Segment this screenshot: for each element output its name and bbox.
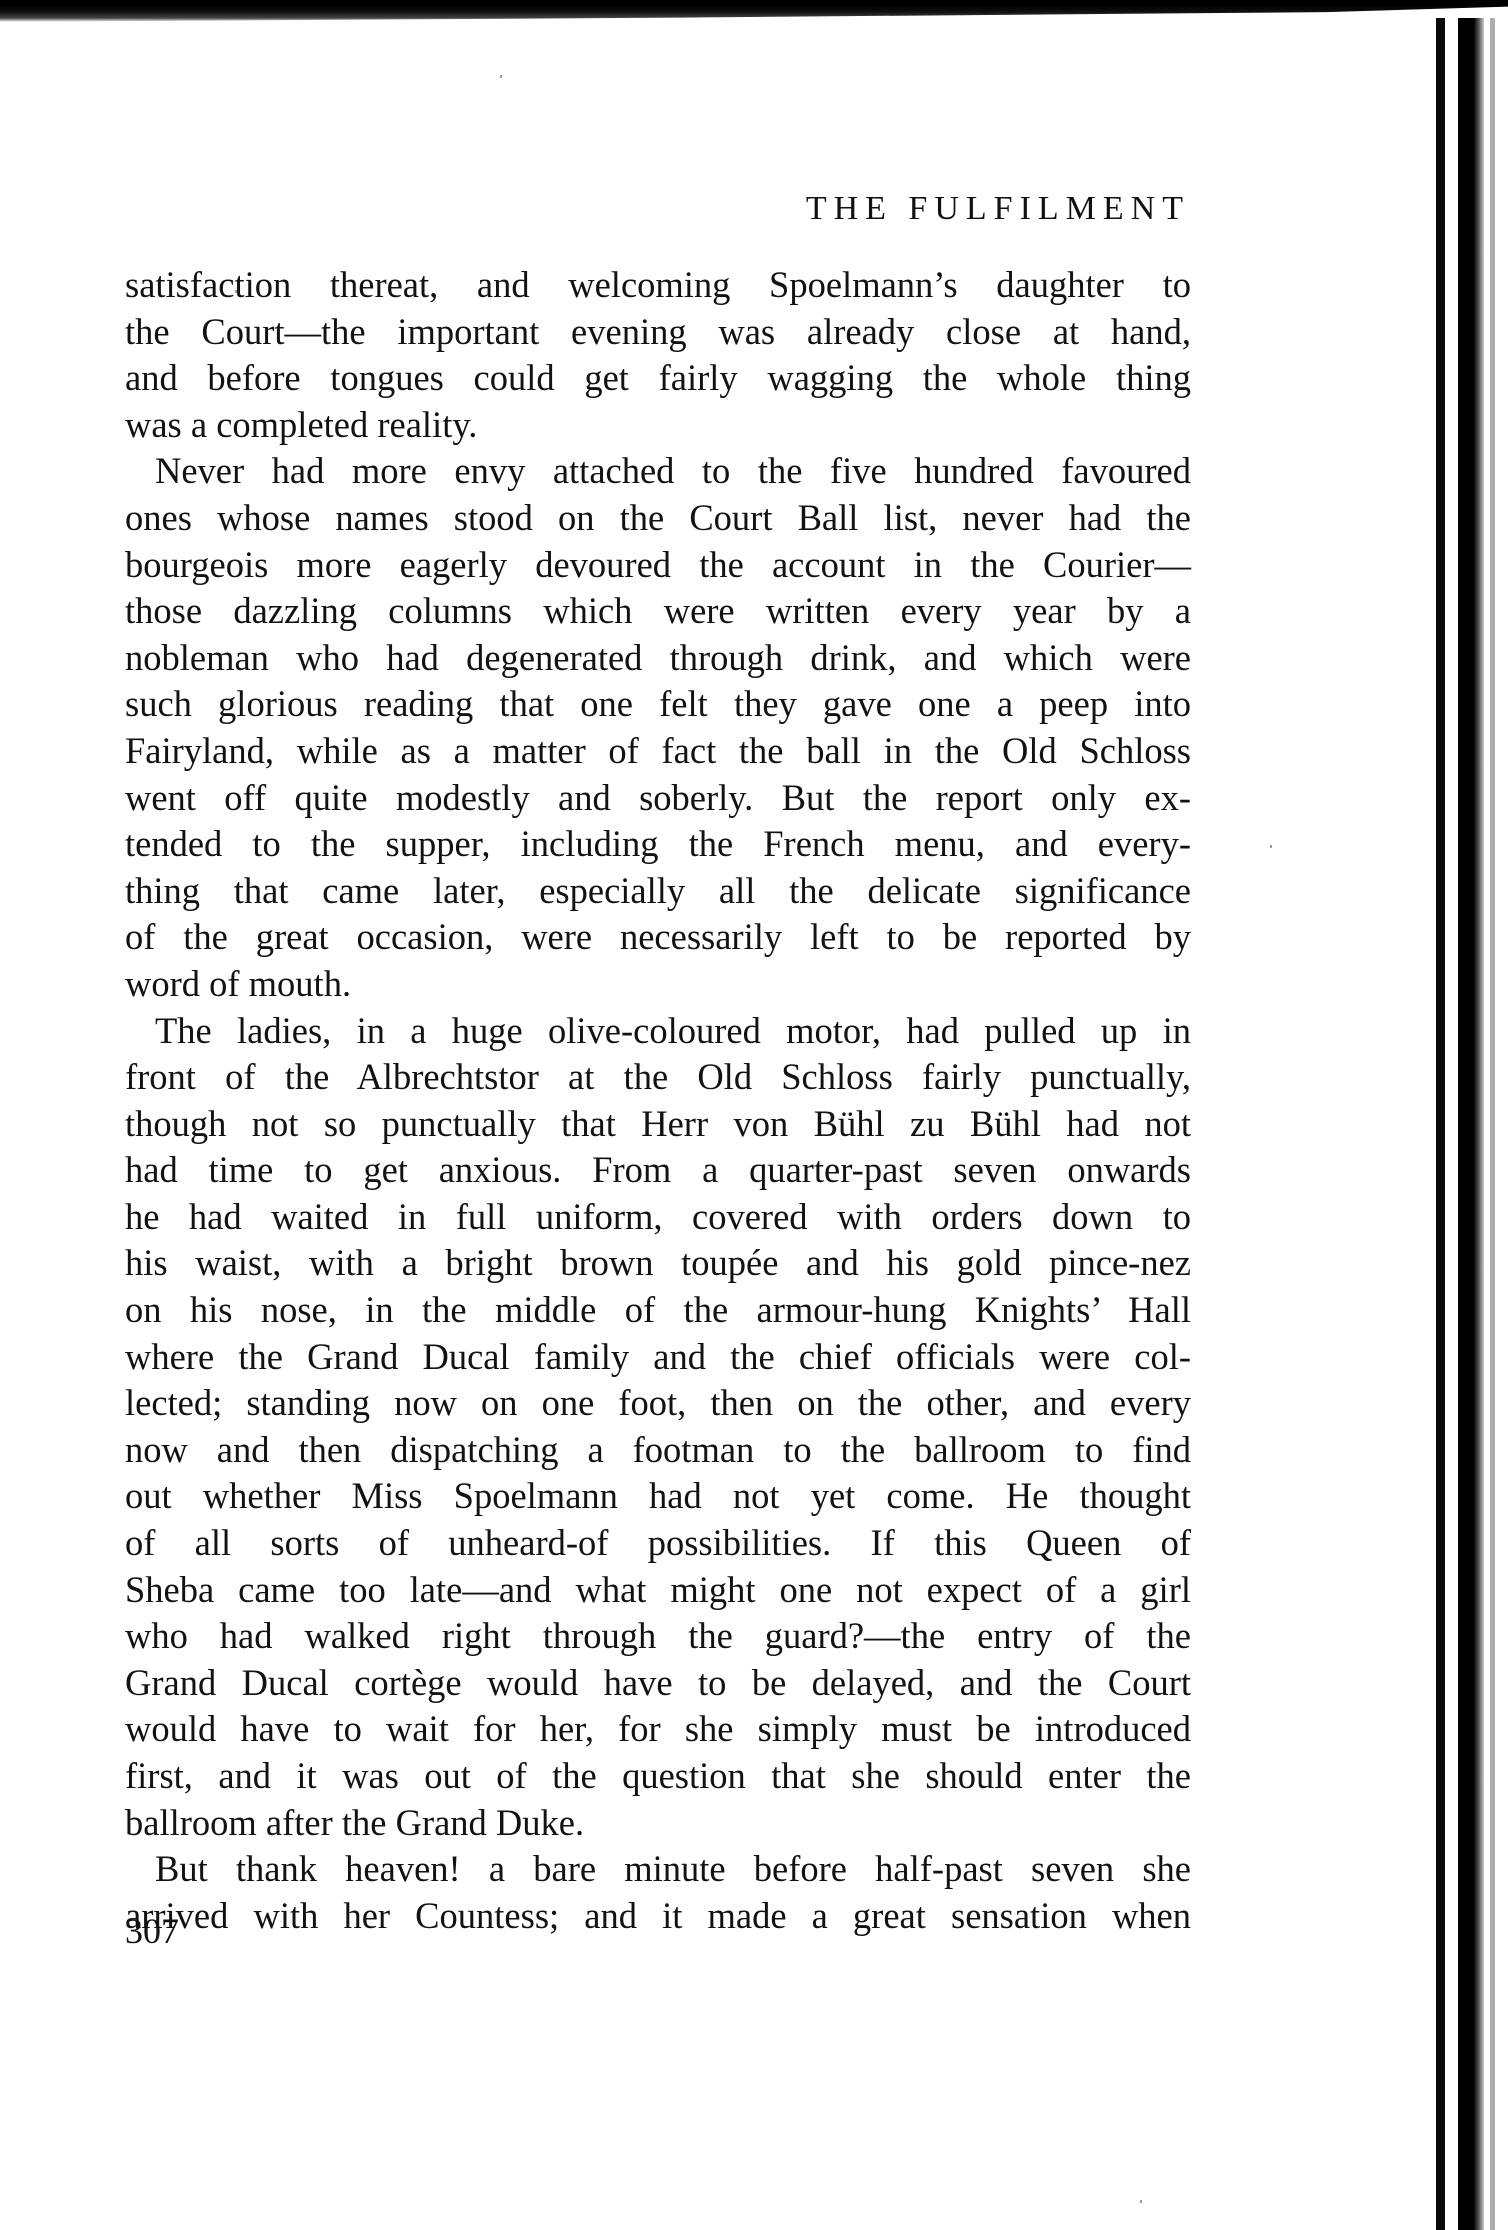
text-line: thing that came later, especially all th… bbox=[125, 868, 1191, 915]
text-line: first, and it was out of the question th… bbox=[125, 1753, 1191, 1800]
text-line: such glorious reading that one felt they… bbox=[125, 681, 1191, 728]
book-binding-edge-thin bbox=[1436, 18, 1445, 2230]
text-line: ballroom after the Grand Duke. bbox=[125, 1800, 1191, 1847]
text-line: lected; standing now on one foot, then o… bbox=[125, 1380, 1191, 1427]
text-line: though not so punctually that Herr von B… bbox=[125, 1101, 1191, 1148]
scan-speck bbox=[235, 290, 237, 293]
text-line: nobleman who had degenerated through dri… bbox=[125, 635, 1191, 682]
text-line: out whether Miss Spoelmann had not yet c… bbox=[125, 1473, 1191, 1520]
text-line: front of the Albrechtstor at the Old Sch… bbox=[125, 1054, 1191, 1101]
text-line: those dazzling columns which were writte… bbox=[125, 588, 1191, 635]
text-line: where the Grand Ducal family and the chi… bbox=[125, 1334, 1191, 1381]
text-line: Never had more envy attached to the five… bbox=[125, 448, 1191, 495]
text-line: arrived with her Countess; and it made a… bbox=[125, 1893, 1191, 1940]
text-line: and before tongues could get fairly wagg… bbox=[125, 355, 1191, 402]
scan-speck bbox=[500, 75, 502, 78]
text-line: bourgeois more eagerly devoured the acco… bbox=[125, 542, 1191, 589]
text-line: tended to the supper, including the Fren… bbox=[125, 821, 1191, 868]
text-line: he had waited in full uniform, covered w… bbox=[125, 1194, 1191, 1241]
scan-speck bbox=[1140, 2200, 1142, 2203]
text-line: Sheba came too late—and what might one n… bbox=[125, 1567, 1191, 1614]
text-line: of all sorts of unheard-of possibilities… bbox=[125, 1520, 1191, 1567]
text-line: Fairyland, while as a matter of fact the… bbox=[125, 728, 1191, 775]
text-line: But thank heaven! a bare minute before h… bbox=[125, 1846, 1191, 1893]
book-binding-edge-thick bbox=[1458, 18, 1484, 2230]
text-line: of the great occasion, were necessarily … bbox=[125, 914, 1191, 961]
text-line: who had walked right through the guard?—… bbox=[125, 1613, 1191, 1660]
text-line: ones whose names stood on the Court Ball… bbox=[125, 495, 1191, 542]
text-line: would have to wait for her, for she simp… bbox=[125, 1706, 1191, 1753]
text-line: had time to get anxious. From a quarter-… bbox=[125, 1147, 1191, 1194]
text-line: his waist, with a bright brown toupée an… bbox=[125, 1240, 1191, 1287]
text-line: on his nose, in the middle of the armour… bbox=[125, 1287, 1191, 1334]
book-binding-edge-fade bbox=[1490, 18, 1495, 2230]
text-line: word of mouth. bbox=[125, 961, 1191, 1008]
page-number: 307 bbox=[125, 1910, 179, 1952]
body-text: satisfaction thereat, and welcoming Spoe… bbox=[125, 262, 1191, 1939]
text-line: was a completed reality. bbox=[125, 402, 1191, 449]
text-line: satisfaction thereat, and welcoming Spoe… bbox=[125, 262, 1191, 309]
text-line: went off quite modestly and soberly. But… bbox=[125, 775, 1191, 822]
text-line: The ladies, in a huge olive-coloured mot… bbox=[125, 1008, 1191, 1055]
running-head: THE FULFILMENT bbox=[690, 190, 1190, 228]
scan-speck bbox=[1270, 845, 1272, 848]
scan-top-edge-shadow bbox=[0, 0, 1508, 22]
text-line: now and then dispatching a footman to th… bbox=[125, 1427, 1191, 1474]
text-line: the Court—the important evening was alre… bbox=[125, 309, 1191, 356]
text-line: Grand Ducal cortège would have to be del… bbox=[125, 1660, 1191, 1707]
